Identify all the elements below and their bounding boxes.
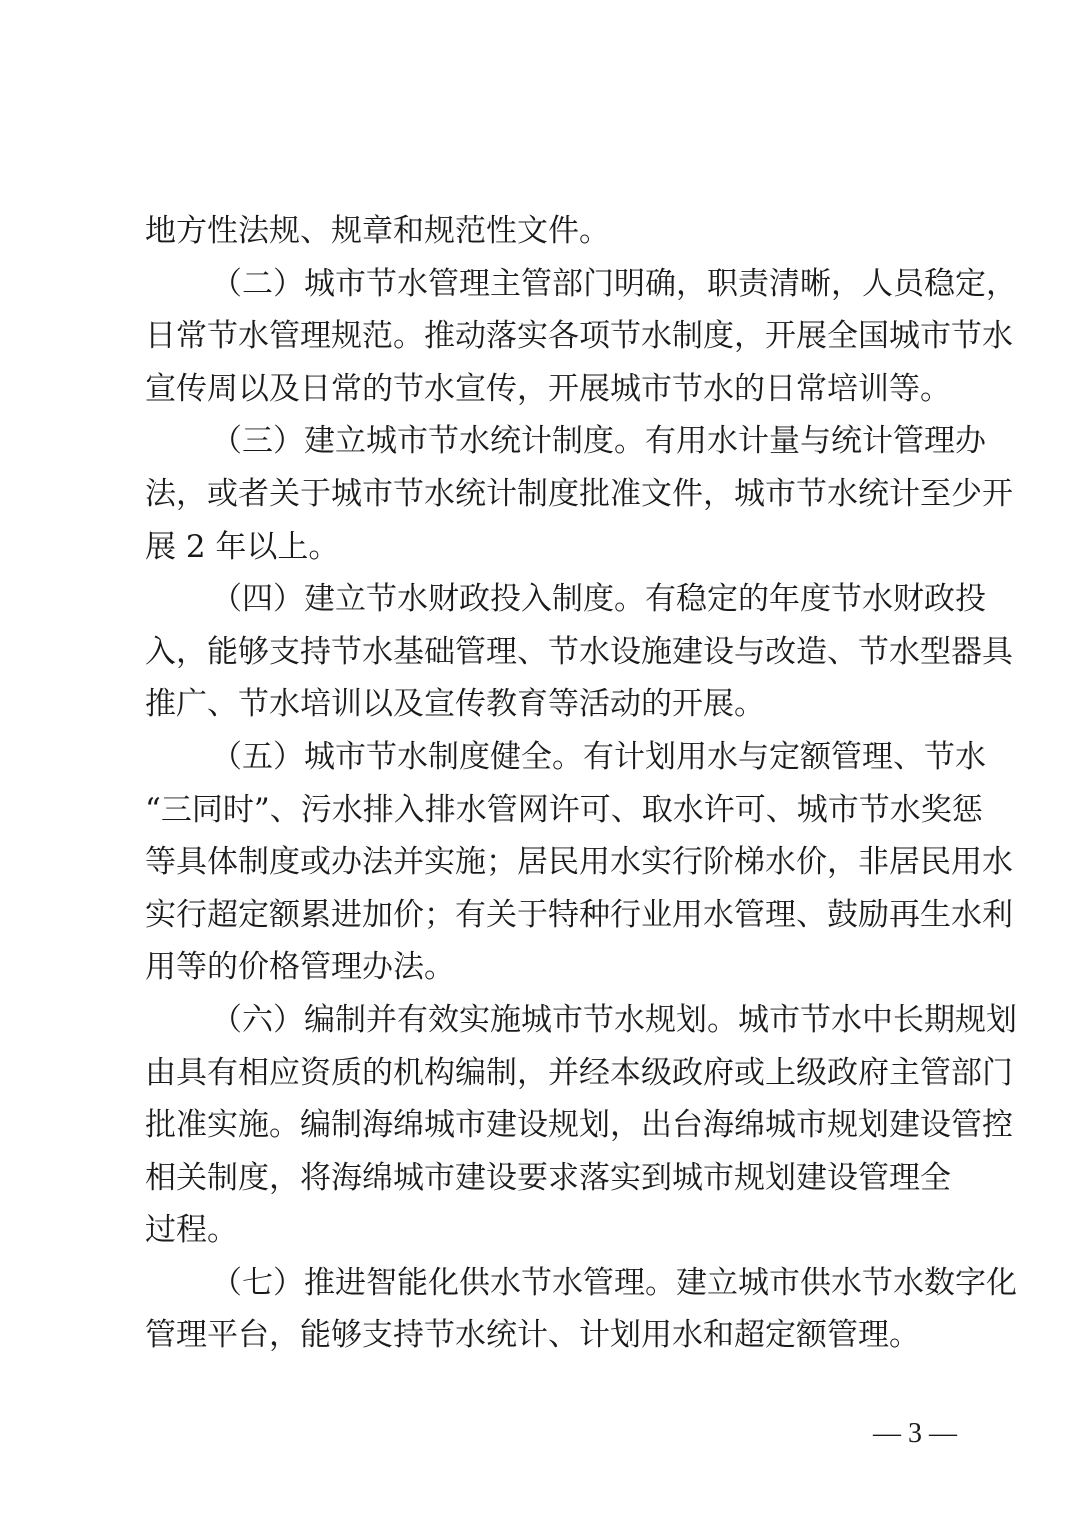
text-line: 等具体制度或办法并实施；居民用水实行阶梯水价，非居民用水 bbox=[145, 836, 947, 889]
document-page: 地方性法规、规章和规范性文件。 （二）城市节水管理主管部门明确，职责清晰，人员稳… bbox=[145, 205, 947, 1362]
text-line: 日常节水管理规范。推动落实各项节水制度，开展全国城市节水 bbox=[145, 310, 947, 363]
text-line: 法，或者关于城市节水统计制度批准文件，城市节水统计至少开 bbox=[145, 468, 947, 521]
text-line: （七）推进智能化供水节水管理。建立城市供水节水数字化 bbox=[145, 1257, 947, 1310]
text-line: 展 2 年以上。 bbox=[145, 521, 947, 574]
text-line: 管理平台，能够支持节水统计、计划用水和超定额管理。 bbox=[145, 1309, 947, 1362]
text-line: （三）建立城市节水统计制度。有用水计量与统计管理办 bbox=[145, 415, 947, 468]
paragraph-item-6: （六）编制并有效实施城市节水规划。城市节水中长期规划 由具有相应资质的机构编制，… bbox=[145, 994, 947, 1257]
text-line: 批准实施。编制海绵城市建设规划，出台海绵城市规划建设管控 bbox=[145, 1099, 947, 1152]
text-line: 地方性法规、规章和规范性文件。 bbox=[145, 205, 947, 258]
paragraph-item-4: （四）建立节水财政投入制度。有稳定的年度节水财政投 入，能够支持节水基础管理、节… bbox=[145, 573, 947, 731]
text-line: 宣传周以及日常的节水宣传，开展城市节水的日常培训等。 bbox=[145, 363, 947, 416]
text-line: 用等的价格管理办法。 bbox=[145, 941, 947, 994]
text-line: 推广、节水培训以及宣传教育等活动的开展。 bbox=[145, 678, 947, 731]
paragraph-item-2: （二）城市节水管理主管部门明确，职责清晰，人员稳定， 日常节水管理规范。推动落实… bbox=[145, 258, 947, 416]
text-line: 过程。 bbox=[145, 1204, 947, 1257]
text-line: 由具有相应资质的机构编制，并经本级政府或上级政府主管部门 bbox=[145, 1047, 947, 1100]
paragraph-item-7: （七）推进智能化供水节水管理。建立城市供水节水数字化 管理平台，能够支持节水统计… bbox=[145, 1257, 947, 1362]
text-line: （六）编制并有效实施城市节水规划。城市节水中长期规划 bbox=[145, 994, 947, 1047]
text-line: （五）城市节水制度健全。有计划用水与定额管理、节水 bbox=[145, 731, 947, 784]
paragraph-item-5: （五）城市节水制度健全。有计划用水与定额管理、节水 “三同时”、污水排入排水管网… bbox=[145, 731, 947, 994]
page-number: — 3 — bbox=[870, 1418, 960, 1450]
text-line: （四）建立节水财政投入制度。有稳定的年度节水财政投 bbox=[145, 573, 947, 626]
text-line: 实行超定额累进加价；有关于特种行业用水管理、鼓励再生水利 bbox=[145, 889, 947, 942]
paragraph-item-3: （三）建立城市节水统计制度。有用水计量与统计管理办 法，或者关于城市节水统计制度… bbox=[145, 415, 947, 573]
text-line: （二）城市节水管理主管部门明确，职责清晰，人员稳定， bbox=[145, 258, 947, 311]
text-line: “三同时”、污水排入排水管网许可、取水许可、城市节水奖惩 bbox=[145, 784, 947, 837]
text-line: 入，能够支持节水基础管理、节水设施建设与改造、节水型器具 bbox=[145, 626, 947, 679]
paragraph-continuation: 地方性法规、规章和规范性文件。 bbox=[145, 205, 947, 258]
text-line: 相关制度，将海绵城市建设要求落实到城市规划建设管理全 bbox=[145, 1152, 947, 1205]
